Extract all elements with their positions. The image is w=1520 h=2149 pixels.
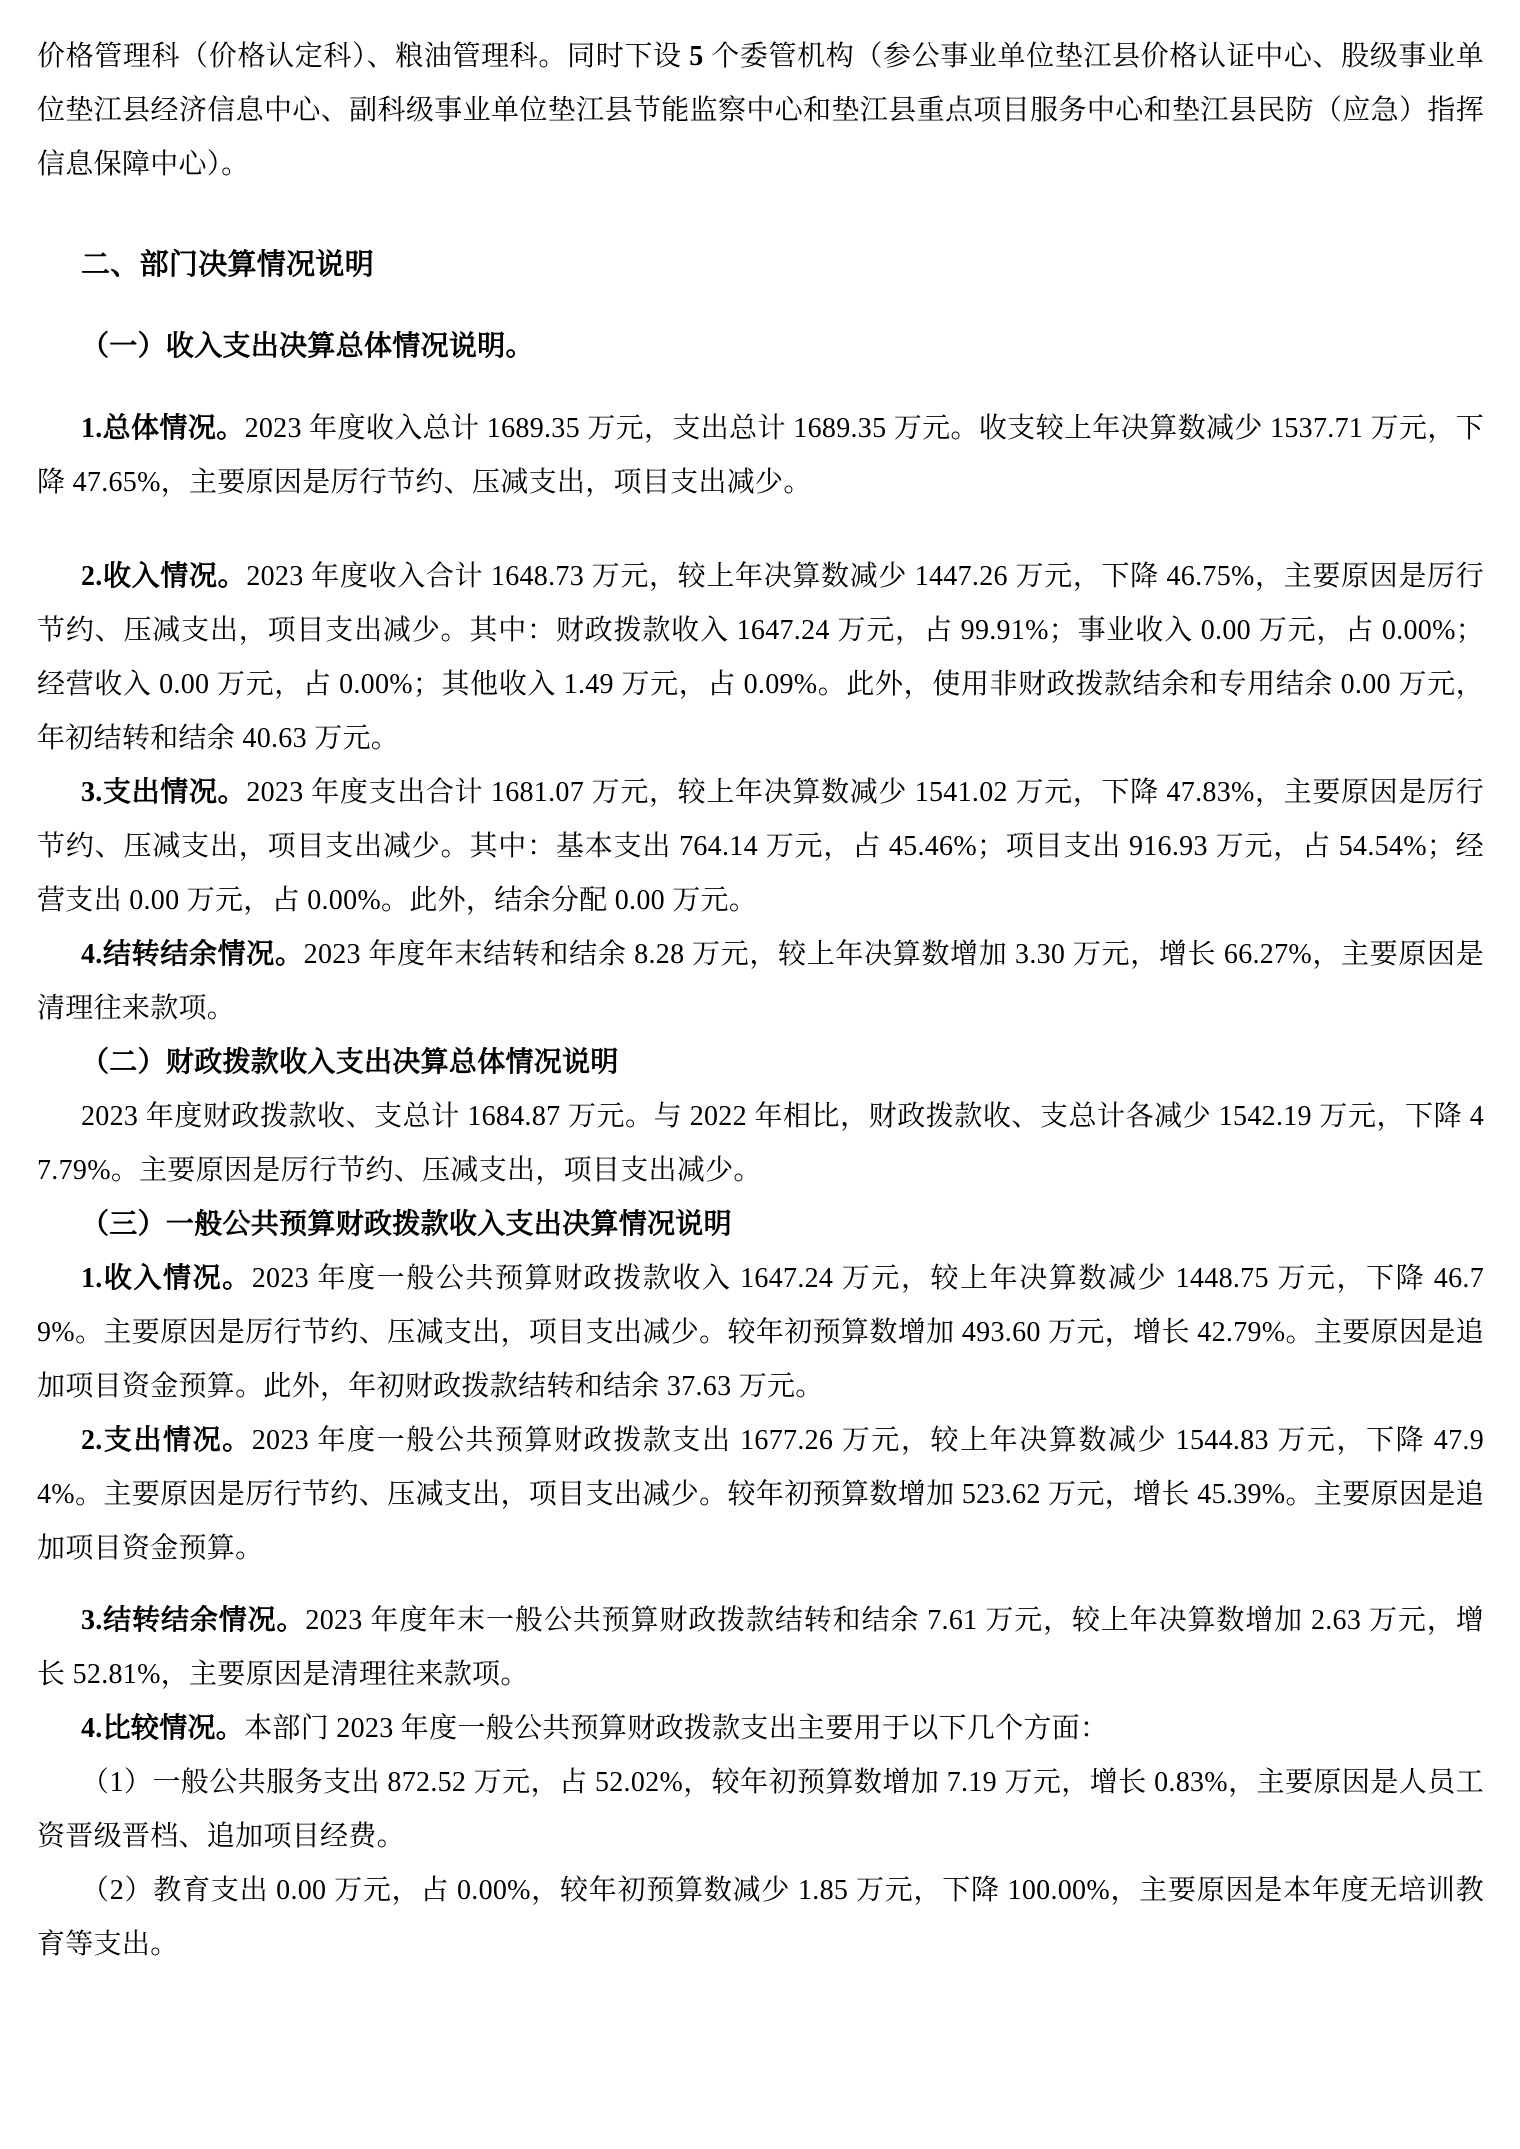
text-run: 2023 年度一般公共预算财政拨款收入 1647.24 万元，较上年决算数减少 … [37, 1263, 1484, 1402]
bold-text-run: 4.结转结余情况。 [81, 939, 304, 970]
para-item-1-general-public-service: （1）一般公共服务支出 872.52 万元，占 52.02%，较年初预算数增加 … [37, 1756, 1484, 1864]
heading-subsection-two: （二）财政拨款收入支出决算总体情况说明 [37, 1036, 1484, 1090]
para-general-budget-carryover: 3.结转结余情况。2023 年度年末一般公共预算财政拨款结转和结余 7.61 万… [37, 1594, 1484, 1702]
text-run: 2023 年度收入合计 1648.73 万元，较上年决算数减少 1447.26 … [37, 561, 1484, 754]
bold-text-run: 4.比较情况。 [81, 1713, 244, 1744]
bold-text-run: 2.收入情况。 [81, 561, 246, 592]
text-run: 2023 年度财政拨款收、支总计 1684.87 万元。与 2022 年相比，财… [37, 1101, 1484, 1186]
text-run: （1）一般公共服务支出 872.52 万元，占 52.02%，较年初预算数增加 … [37, 1767, 1484, 1852]
bold-text-run: （二）财政拨款收入支出决算总体情况说明 [81, 1047, 619, 1078]
bold-text-run: （三）一般公共预算财政拨款收入支出决算情况说明 [81, 1209, 732, 1240]
para-expenditure-situation: 3.支出情况。2023 年度支出合计 1681.07 万元，较上年决算数减少 1… [37, 766, 1484, 928]
text-run: （2）教育支出 0.00 万元，占 0.00%，较年初预算数减少 1.85 万元… [37, 1875, 1484, 1960]
para-carryover-situation: 4.结转结余情况。2023 年度年末结转和结余 8.28 万元，较上年决算数增加… [37, 928, 1484, 1036]
text-run: 本部门 2023 年度一般公共预算财政拨款支出主要用于以下几个方面： [244, 1713, 1108, 1744]
bold-text-run: 5 [689, 41, 703, 72]
text-run: 价格管理科（价格认定科）、粮油管理科。同时下设 [37, 41, 689, 72]
para-overall-situation: 1.总体情况。2023 年度收入总计 1689.35 万元，支出总计 1689.… [37, 402, 1484, 510]
heading-section-two: 二、部门决算情况说明 [37, 238, 1484, 292]
bold-text-run: 2.支出情况。 [81, 1425, 252, 1456]
heading-subsection-one: （一）收入支出决算总体情况说明。 [37, 320, 1484, 374]
heading-subsection-three: （三）一般公共预算财政拨款收入支出决算情况说明 [37, 1198, 1484, 1252]
para-general-budget-expenditure: 2.支出情况。2023 年度一般公共预算财政拨款支出 1677.26 万元，较上… [37, 1414, 1484, 1576]
para-general-budget-income: 1.收入情况。2023 年度一般公共预算财政拨款收入 1647.24 万元，较上… [37, 1252, 1484, 1414]
bold-text-run: 3.支出情况。 [81, 777, 246, 808]
document-page: 价格管理科（价格认定科）、粮油管理科。同时下设 5 个委管机构（参公事业单位垫江… [0, 0, 1520, 2149]
para-comparison-intro: 4.比较情况。本部门 2023 年度一般公共预算财政拨款支出主要用于以下几个方面… [37, 1702, 1484, 1756]
para-agency-structure-continuation: 价格管理科（价格认定科）、粮油管理科。同时下设 5 个委管机构（参公事业单位垫江… [37, 30, 1484, 192]
text-run: 2023 年度一般公共预算财政拨款支出 1677.26 万元，较上年决算数减少 … [37, 1425, 1484, 1564]
text-run: 2023 年度收入总计 1689.35 万元，支出总计 1689.35 万元。收… [37, 413, 1484, 498]
bold-text-run: （一）收入支出决算总体情况说明。 [81, 331, 534, 362]
para-item-2-education: （2）教育支出 0.00 万元，占 0.00%，较年初预算数减少 1.85 万元… [37, 1864, 1484, 1972]
bold-text-run: 1.收入情况。 [81, 1263, 252, 1294]
bold-text-run: 二、部门决算情况说明 [81, 249, 374, 281]
bold-text-run: 3.结转结余情况。 [81, 1605, 305, 1636]
document-body: 价格管理科（价格认定科）、粮油管理科。同时下设 5 个委管机构（参公事业单位垫江… [37, 30, 1484, 1972]
bold-text-run: 1.总体情况。 [81, 413, 245, 444]
para-fiscal-appropriation-total: 2023 年度财政拨款收、支总计 1684.87 万元。与 2022 年相比，财… [37, 1090, 1484, 1198]
text-run: 2023 年度支出合计 1681.07 万元，较上年决算数减少 1541.02 … [37, 777, 1484, 916]
para-income-situation: 2.收入情况。2023 年度收入合计 1648.73 万元，较上年决算数减少 1… [37, 550, 1484, 766]
